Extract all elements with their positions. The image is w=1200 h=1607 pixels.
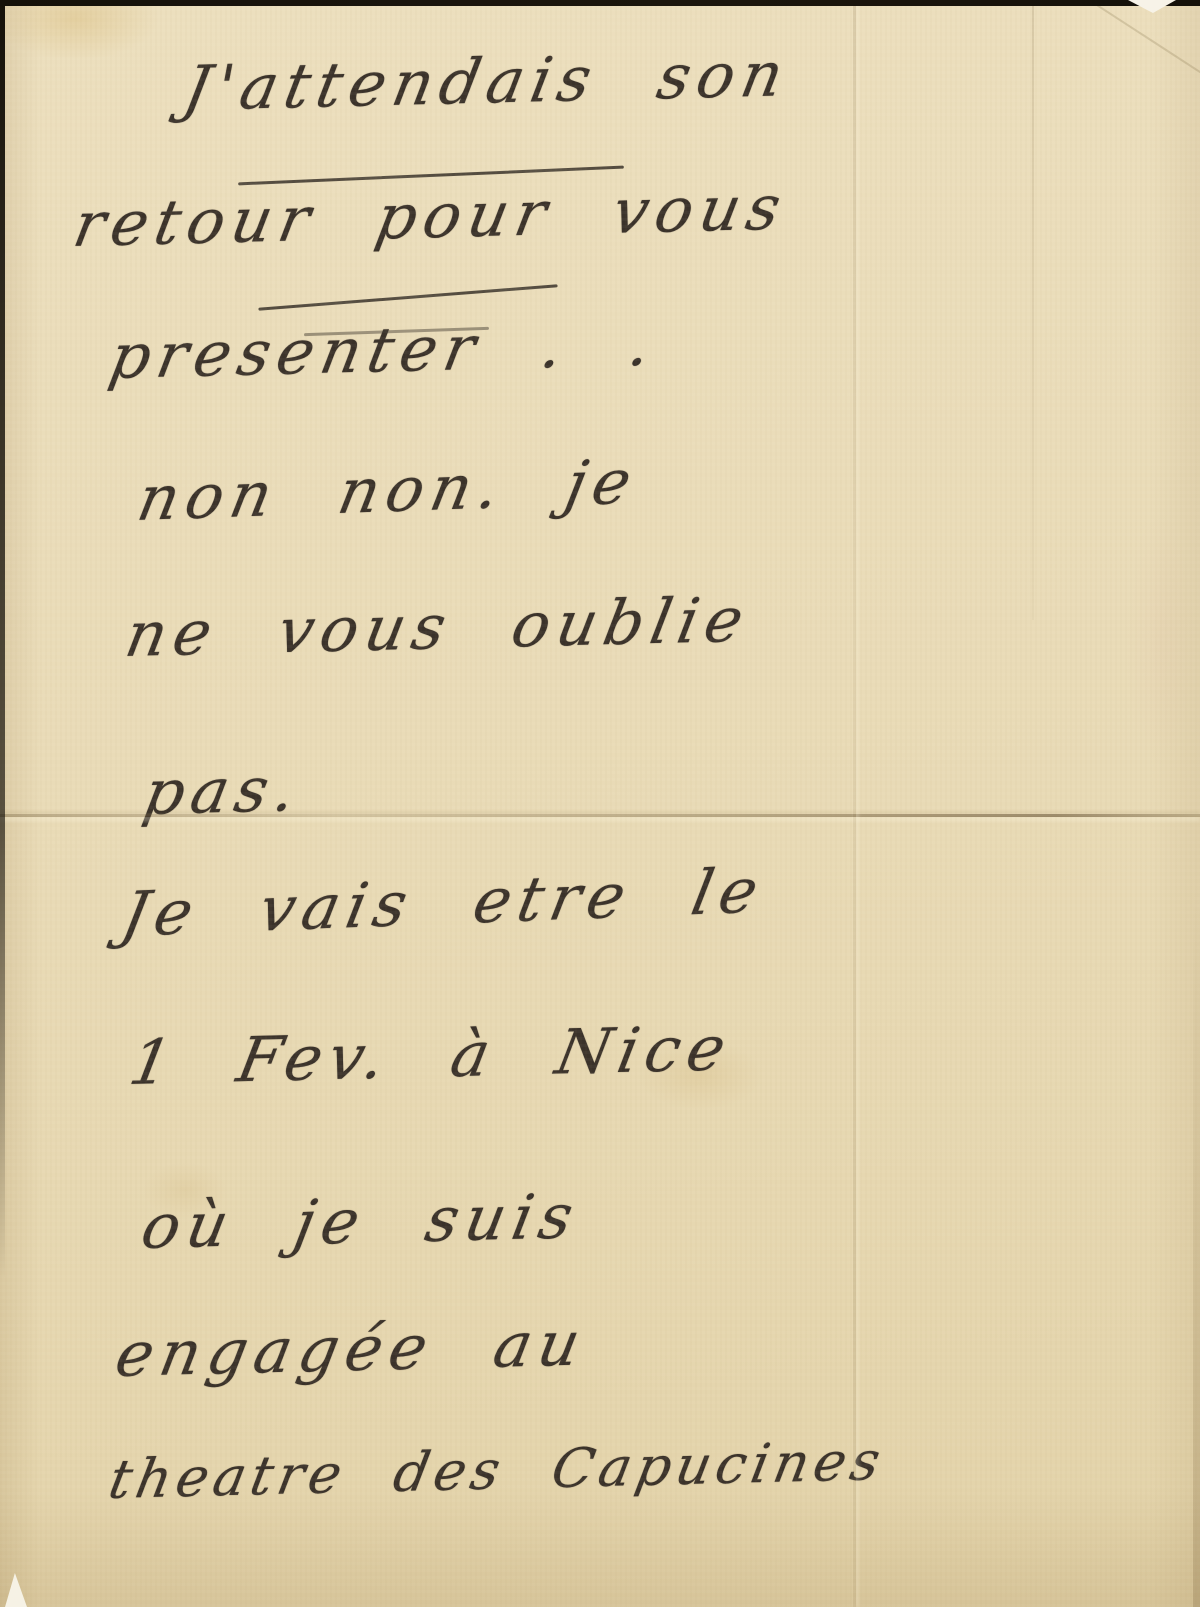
handwriting-line: 1 Fev. à Nice: [124, 1011, 738, 1099]
handwriting-line: pas.: [138, 752, 309, 829]
handwriting-line: où je suis: [136, 1179, 586, 1263]
handwriting-line: Je vais etre le: [116, 854, 771, 951]
handwriting-line: theatre des Capucines: [104, 1429, 890, 1511]
photo-edge-top: [0, 0, 1200, 6]
handwriting-line: engagée au: [110, 1307, 593, 1391]
fold-crease-diagonal: [1071, 0, 1200, 82]
handwriting-line: retour pour vous: [68, 171, 793, 261]
paper-notch-top-right: [1128, 0, 1176, 13]
paper-corner-bottom-left: [5, 1573, 27, 1607]
handwriting-line: ne vous oublie: [120, 583, 756, 671]
handwriting-line: presenter . .: [104, 307, 664, 393]
paper-edge-shadow: [1193, 900, 1200, 1607]
fold-crease-horizontal: [0, 814, 1200, 817]
pen-stroke-flourish: [258, 284, 557, 311]
handwriting-line: J'attendais son: [178, 37, 796, 125]
letter-paper: J'attendais son retour pour vous present…: [0, 0, 1200, 1607]
fold-crease-vertical: [1032, 0, 1034, 620]
handwriting-line: non non. je: [132, 445, 644, 535]
letter-photograph: { "letter": { "kind": "handwritten-lette…: [0, 0, 1200, 1607]
fold-crease-vertical: [853, 0, 856, 1607]
photo-edge-left: [0, 0, 5, 1280]
